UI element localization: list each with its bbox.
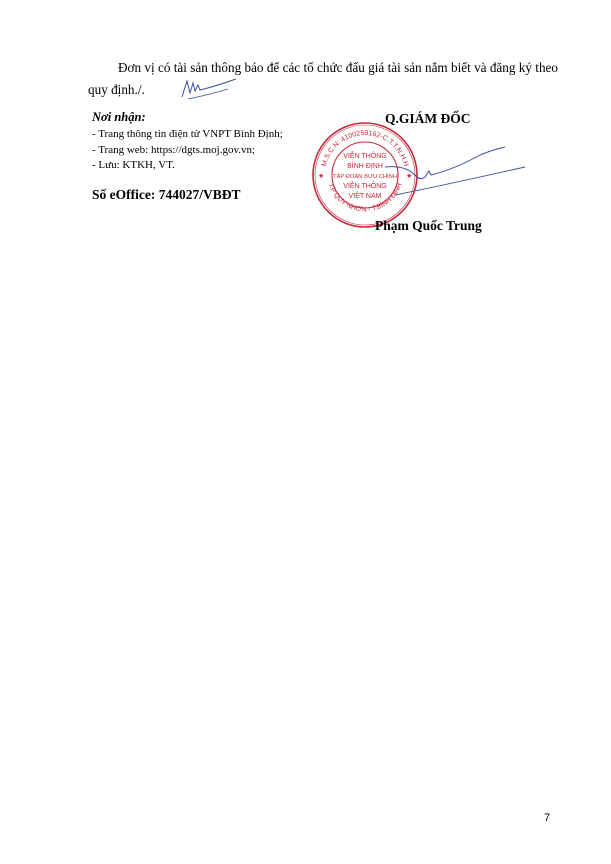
initials-signature-icon (178, 75, 238, 101)
recipients-title: Nơi nhận: (92, 110, 146, 125)
page-number: 7 (544, 812, 550, 824)
recipient-item: - Lưu: KTKH, VT. (92, 158, 283, 174)
recipients-list: - Trang thông tin điện tử VNPT Bình Định… (92, 127, 283, 174)
svg-text:VIỆT NAM: VIỆT NAM (349, 191, 382, 200)
recipient-item: - Trang web: https://dgts.moj.gov.vn; (92, 143, 283, 159)
svg-text:BÌNH ĐỊNH: BÌNH ĐỊNH (347, 161, 383, 170)
eoffice-number: Số eOffice: 744027/VBĐT (92, 187, 240, 203)
director-signature-icon (385, 145, 535, 205)
svg-text:VIỄN THÔNG: VIỄN THÔNG (343, 181, 386, 190)
recipient-item: - Trang thông tin điện tử VNPT Bình Định… (92, 127, 283, 143)
signer-name: Phạm Quốc Trung (375, 218, 482, 234)
svg-text:VIỄN THÔNG: VIỄN THÔNG (343, 151, 386, 160)
svg-text:★: ★ (318, 172, 324, 180)
closing-paragraph: Đơn vị có tài sản thông báo để các tổ ch… (88, 57, 558, 101)
